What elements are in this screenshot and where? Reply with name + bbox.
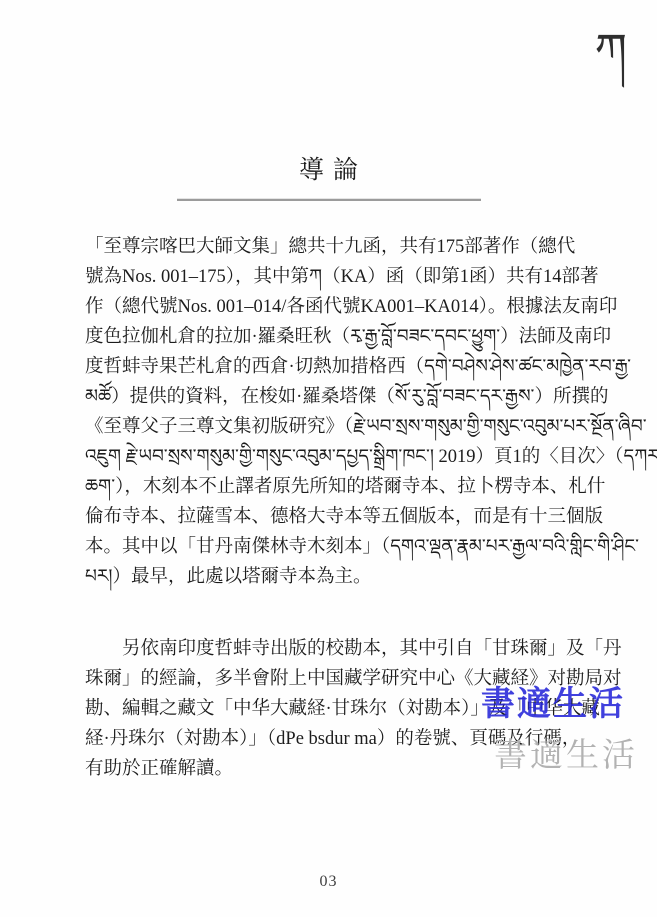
text-line: 度哲蚌寺果芒札倉的西倉·切熱加措格西（དགེ་བཤེས་ཤེས་ཚང་མཁྱེན…: [85, 352, 575, 382]
paragraph-2: 另依南印度哲蚌寺出版的校勘本，其中引自「甘珠爾」及「丹 珠爾」的經論，多半會附上…: [85, 634, 575, 784]
text-line: 號為Nos. 001–175），其中第ཀ（KA）函（即第1函）共有14部著: [85, 262, 575, 292]
text-line: 珠爾」的經論，多半會附上中国藏学研究中心《大藏経》对勘局对: [85, 664, 575, 694]
text-line: 倫布寺本、拉薩雪本、德格大寺本等五個版本，而是有十三個版: [85, 502, 575, 532]
text-line: 另依南印度哲蚌寺出版的校勘本，其中引自「甘珠爾」及「丹: [85, 634, 575, 664]
text-line: འཇུག རྗེ་ཡབ་སྲས་གསུམ་གྱི་གསུང་འབུམ་དཔྱད་…: [85, 442, 575, 472]
text-line: 経·丹珠尔（対勘本）」（dPe bsdur ma）的卷號、頁碼及行碼，: [85, 724, 575, 754]
document-page: ཀ 導論 「至尊宗喀巴大師文集」總共十九函，共有175部著作（總代 號為Nos.…: [0, 0, 657, 917]
text-line: 勘、編輯之藏文「中华大藏経·甘珠尔（対勘本）」及「中华大藏: [85, 694, 575, 724]
text-line: 《至尊父子三尊文集初版研究》（རྗེ་ཡབ་སྲས་གསུམ་གྱི་གསུང་…: [85, 412, 575, 442]
text-line: མཚོ）提供的資料，在梭如·羅桑塔傑（སོ་རུ་བློ་བཟང་དར་རྒྱས…: [85, 382, 575, 412]
page-title: 導論: [0, 150, 657, 186]
text-line: 度色拉伽札倉的拉加·羅桑旺秋（རྭ་རྒྱ་བློ་བཟང་དབང་ཕྱུག་）…: [85, 322, 575, 352]
title-divider: [177, 198, 481, 201]
tibetan-folio-glyph: ཀ: [595, 28, 627, 74]
text-line: ཆག་），木刻本不止譯者原先所知的塔爾寺本、拉卜楞寺本、札什: [85, 472, 575, 502]
page-number: 03: [0, 873, 657, 891]
body-text: 「至尊宗喀巴大師文集」總共十九函，共有175部著作（總代 號為Nos. 001–…: [85, 232, 575, 784]
text-line: 本。其中以「甘丹南傑林寺木刻本」（དགའ་ལྡན་རྣམ་པར་རྒྱལ་བའི…: [85, 532, 575, 562]
text-line: 作（總代號Nos. 001–014/各函代號KA001–KA014）。根據法友南…: [85, 292, 575, 322]
text-line: 有助於正確解讀。: [85, 754, 575, 784]
paragraph-1: 「至尊宗喀巴大師文集」總共十九函，共有175部著作（總代 號為Nos. 001–…: [85, 232, 575, 592]
text-line: 「至尊宗喀巴大師文集」總共十九函，共有175部著作（總代: [85, 232, 575, 262]
text-line: པར།）最早，此處以塔爾寺本為主。: [85, 562, 575, 592]
